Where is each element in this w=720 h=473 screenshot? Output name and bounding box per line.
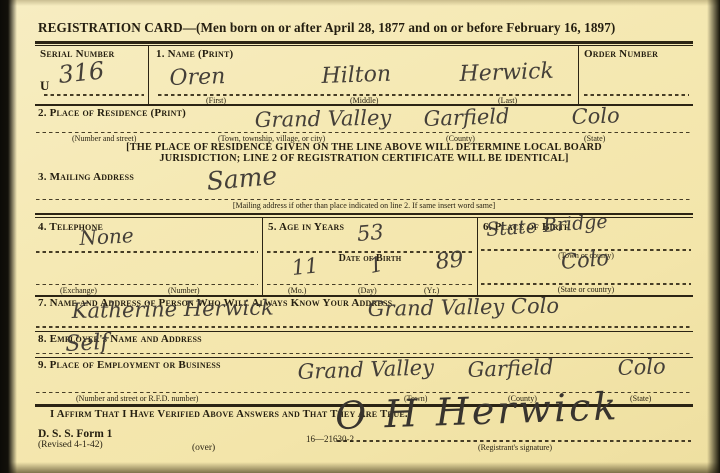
name-label: 1. Name (Print) bbox=[156, 48, 233, 60]
birth-town-value: State Bridge bbox=[485, 211, 608, 241]
scan-edge-bottom bbox=[0, 462, 720, 473]
employment-label: 9. Place of Employment or Business bbox=[38, 359, 221, 371]
serial-value: 316 bbox=[57, 56, 105, 89]
residence-county-value: Garfield bbox=[423, 104, 510, 131]
registrant-signature: O H Herwick bbox=[334, 384, 620, 438]
year-sublabel: (Yr.) bbox=[424, 286, 439, 295]
serial-prefix: U bbox=[40, 78, 49, 94]
form-id: D. S. S. Form 1 bbox=[38, 428, 112, 440]
form-revision: (Revised 4-1-42) bbox=[38, 440, 103, 450]
row456-divider-left bbox=[262, 218, 263, 295]
over-label: (over) bbox=[192, 443, 215, 453]
number-sublabel: (Number) bbox=[168, 286, 200, 295]
row456-divider-right bbox=[477, 218, 478, 295]
month-sublabel: (Mo.) bbox=[288, 286, 306, 295]
dob-year-value: 89 bbox=[434, 247, 464, 275]
name-first-value: Oren bbox=[169, 64, 226, 91]
jurisdiction-note-line1: [THE PLACE OF RESIDENCE GIVEN ON THE LIN… bbox=[35, 142, 693, 153]
age-label: 5. Age in Years bbox=[268, 221, 344, 233]
serial-write-line bbox=[44, 94, 144, 96]
row1-divider-left bbox=[148, 46, 149, 104]
dob-month-value: 11 bbox=[290, 253, 319, 280]
scan-edge-right bbox=[707, 0, 720, 473]
exchange-sublabel: (Exchange) bbox=[60, 286, 97, 295]
name-last-value: Herwick bbox=[459, 59, 554, 87]
employment-county-value: Garfield bbox=[467, 355, 554, 382]
scan-edge-left bbox=[0, 0, 17, 473]
contact-address-value: Grand Valley Colo bbox=[368, 294, 560, 321]
scan-edge-top bbox=[0, 0, 720, 6]
birth-state-value: Colo bbox=[560, 246, 610, 274]
mailing-address-label: 3. Mailing Address bbox=[38, 171, 134, 183]
title-rule-thin bbox=[35, 45, 693, 46]
order-number-label: Order Number bbox=[584, 48, 658, 60]
age-value: 53 bbox=[356, 220, 385, 246]
registration-card: REGISTRATION CARD—(Men born on or after … bbox=[0, 0, 720, 473]
employment-state-value: Colo bbox=[617, 354, 666, 380]
employer-label: 8. Employer's Name and Address bbox=[38, 333, 202, 345]
mailing-sublabel: [Mailing address if other than place ind… bbox=[35, 201, 693, 210]
day-sublabel: (Day) bbox=[358, 286, 377, 295]
card-title: REGISTRATION CARD—(Men born on or after … bbox=[38, 20, 615, 36]
employer-write-line bbox=[36, 353, 692, 355]
telephone-write-line-upper bbox=[36, 251, 258, 253]
jurisdiction-note-line2: JURISDICTION; LINE 2 OF REGISTRATION CER… bbox=[35, 153, 693, 164]
telephone-value: None bbox=[79, 223, 134, 250]
contact-write-line bbox=[36, 326, 692, 328]
name-middle-value: Hilton bbox=[321, 62, 391, 89]
employment-state-sublabel: (State) bbox=[630, 394, 651, 403]
signature-sublabel: (Registrant's signature) bbox=[478, 443, 552, 452]
row1-divider-right bbox=[578, 46, 579, 104]
employment-town-value: Grand Valley bbox=[297, 355, 434, 384]
print-code: 16—21630-2 bbox=[306, 434, 354, 444]
order-write-line bbox=[584, 94, 689, 96]
mailing-address-value: Same bbox=[205, 161, 278, 196]
residence-label: 2. Place of Residence (Print) bbox=[38, 107, 186, 119]
sec7-bottom-rule bbox=[35, 331, 693, 332]
birth-state-sublabel: (State or country) bbox=[481, 285, 691, 294]
employment-street-sublabel: (Number and street or R.F.D. number) bbox=[76, 394, 198, 403]
title-rule-thick bbox=[35, 41, 693, 44]
residence-state-value: Colo bbox=[571, 103, 620, 129]
contact-name-value: Katherine Herwick bbox=[72, 295, 274, 323]
residence-town-value: Grand Valley bbox=[255, 106, 392, 132]
